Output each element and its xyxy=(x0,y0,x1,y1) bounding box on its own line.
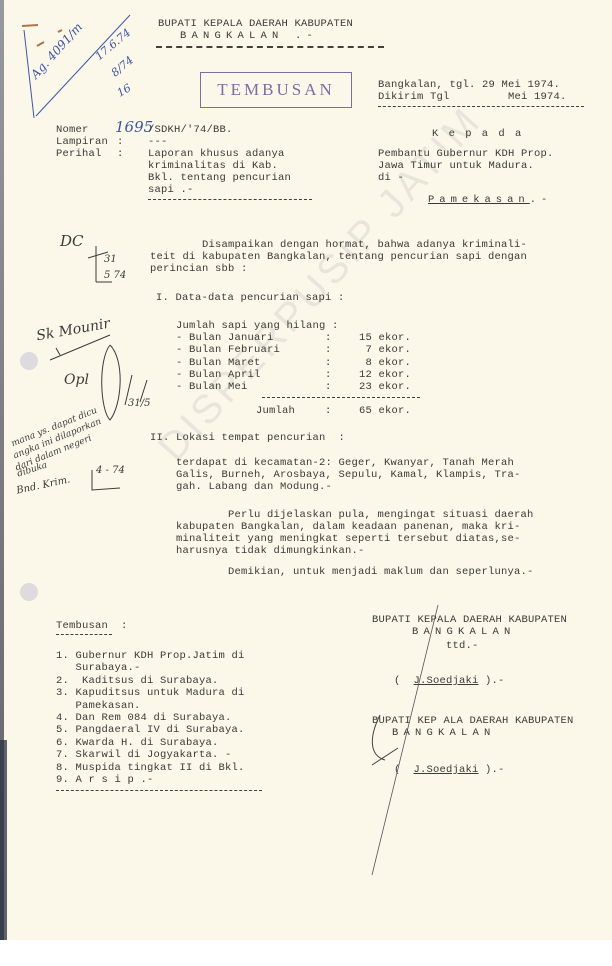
hand-dc-initial: DC xyxy=(60,232,84,250)
hand-margin-opl: Opl xyxy=(64,372,89,388)
hand-margin-fraction: 31/5 xyxy=(128,398,150,409)
handwriting-strokes xyxy=(0,0,612,940)
hand-margin-date: 4 - 74 xyxy=(96,465,125,476)
hand-dc-date-2: 5 74 xyxy=(104,270,126,281)
document-page: DISPERPUSIP JATIM BUPATI KEPALA DAERAH K… xyxy=(0,0,612,940)
hand-dc-date-1: 31 xyxy=(104,254,117,265)
